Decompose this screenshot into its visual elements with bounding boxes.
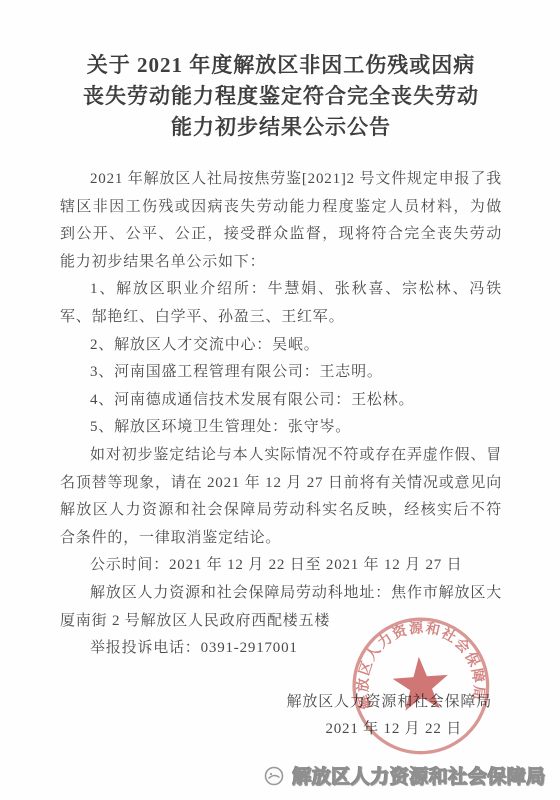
signature-org: 解放区人力资源和社会保障局 — [60, 689, 502, 717]
list-item-1: 1、解放区职业介绍所：牛慧娟、张秋喜、宗松林、冯铁军、郜艳红、白学平、孙盈三、王… — [60, 276, 502, 331]
document-page: 关于 2021 年度解放区非因工伤残或因病 丧失劳动能力程度鉴定符合完全丧失劳动… — [0, 0, 560, 800]
hotline-line: 举报投诉电话：0391-2917001 — [60, 635, 502, 663]
list-item-5: 5、解放区环境卫生管理处：张守岑。 — [60, 414, 502, 442]
title-line-1: 关于 2021 年度解放区非因工伤残或因病 — [60, 50, 502, 81]
objection-paragraph: 如对初步鉴定结论与本人实际情况不符或存在弄虚作假、冒名顶替等现象，请在 2021… — [60, 442, 502, 552]
title-line-3: 能力初步结果公示公告 — [60, 112, 502, 143]
notice-title: 关于 2021 年度解放区非因工伤残或因病 丧失劳动能力程度鉴定符合完全丧失劳动… — [60, 50, 502, 143]
intro-paragraph: 2021 年解放区人社局按焦劳鉴[2021]2 号文件规定申报了我辖区非因工伤残… — [60, 166, 502, 276]
footer-watermark: 解放区人力资源和社会保障局 — [263, 762, 546, 789]
account-logo-icon — [263, 765, 285, 787]
list-item-4: 4、河南德成通信技术发展有限公司：王松林。 — [60, 387, 502, 415]
signature-date: 2021 年 12 月 22 日 — [60, 716, 502, 744]
list-item-3: 3、河南国盛工程管理有限公司：王志明。 — [60, 359, 502, 387]
signature-block: 解放区人力资源和社会保障局 2021 年 12 月 22 日 — [60, 689, 502, 744]
address-line: 解放区人力资源和社会保障局劳动科地址：焦作市解放区大厦南街 2 号解放区人民政府… — [60, 580, 502, 635]
title-line-2: 丧失劳动能力程度鉴定符合完全丧失劳动 — [60, 81, 502, 112]
publicity-period: 公示时间：2021 年 12 月 22 日至 2021 年 12 月 27 日 — [60, 552, 502, 580]
document-content: 关于 2021 年度解放区非因工伤残或因病 丧失劳动能力程度鉴定符合完全丧失劳动… — [0, 0, 560, 744]
footer-account-name: 解放区人力资源和社会保障局 — [292, 762, 546, 789]
list-item-2: 2、解放区人才交流中心：吴岷。 — [60, 332, 502, 360]
